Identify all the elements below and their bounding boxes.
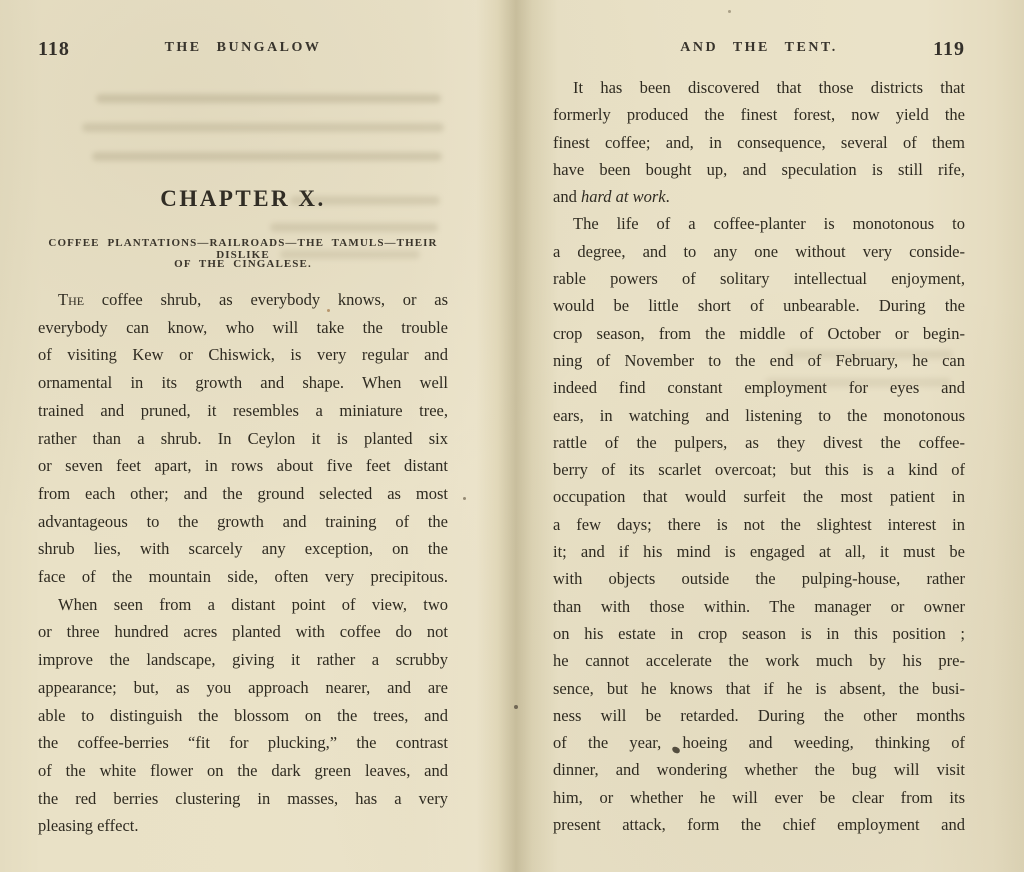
text-line: and hard at work.: [553, 183, 965, 210]
text-line: him, or whether he will ever be clear fr…: [553, 784, 965, 811]
ink-speck: [514, 705, 518, 709]
text-line: the coffee-berries “fit for plucking,” t…: [38, 729, 448, 757]
text-line: improve the landscape, giving it rather …: [38, 646, 448, 674]
chapter-subtitle-line2: OF THE CINGALESE.: [26, 258, 460, 270]
text-line: crop season, from the middle of October …: [553, 320, 965, 347]
text-line: the red berries clustering in masses, ha…: [38, 785, 448, 813]
text-line: ears, in watching and listening to the m…: [553, 402, 965, 429]
text-line: rather than a shrub. In Ceylon it is pla…: [38, 425, 448, 453]
text-line: or three hundred acres planted with coff…: [38, 618, 448, 646]
text-line: occupation that would surfeit the most p…: [553, 483, 965, 510]
text-line: or seven feet apart, in rows about five …: [38, 452, 448, 480]
text-line: ornamental in its growth and shape. When…: [38, 369, 448, 397]
text-line: everybody can know, who will take the tr…: [38, 314, 448, 342]
text-line: formerly produced the finest forest, now…: [553, 101, 965, 128]
text-line: have been bought up, and speculation is …: [553, 156, 965, 183]
text-line: would be little short of unbearable. Dur…: [553, 292, 965, 319]
text-line: indeed find constant employment for eyes…: [553, 374, 965, 401]
text-line: shrub lies, with scarcely any exception,…: [38, 535, 448, 563]
text-line: a few days; there is not the slightest i…: [553, 511, 965, 538]
text-line: than with those within. The manager or o…: [553, 593, 965, 620]
text-line: pleasing effect.: [38, 812, 448, 840]
text-line: dinner, and wondering whether the bug wi…: [553, 756, 965, 783]
left-page: 118 THE BUNGALOW CHAPTER X. COFFEE PLANT…: [38, 0, 448, 872]
chapter-heading: CHAPTER X.: [38, 186, 448, 212]
text-line: rattle of the pulpers, as they divest th…: [553, 429, 965, 456]
text-line: ness will be retarded. During the other …: [553, 702, 965, 729]
text-line: ning of November to the end of February,…: [553, 347, 965, 374]
text-line: it; and if his mind is engaged at all, i…: [553, 538, 965, 565]
text-line: with objects outside the pulping-house, …: [553, 565, 965, 592]
right-page-body: It has been discovered that those distri…: [553, 74, 965, 838]
ink-speck: [327, 309, 330, 312]
text-line: finest coffee; and, in consequence, seve…: [553, 129, 965, 156]
left-page-body: The coffee shrub, as everybody knows, or…: [38, 286, 448, 840]
text-line: face of the mountain side, often very pr…: [38, 563, 448, 591]
text-line: It has been discovered that those distri…: [553, 74, 965, 101]
text-line: he cannot accelerate the work much by hi…: [553, 647, 965, 674]
right-page: AND THE TENT. 119 It has been discovered…: [553, 0, 965, 872]
running-header-left: THE BUNGALOW: [38, 40, 448, 56]
text-line: The coffee shrub, as everybody knows, or…: [38, 286, 448, 314]
left-page-header: 118 THE BUNGALOW: [38, 40, 448, 60]
text-line: advantageous to the growth and training …: [38, 508, 448, 536]
text-line: rable powers of solitary intellectual en…: [553, 265, 965, 292]
text-line: on his estate in crop season is in this …: [553, 620, 965, 647]
text-line: able to distinguish the blossom on the t…: [38, 702, 448, 730]
text-line: When seen from a distant point of view, …: [38, 591, 448, 619]
text-line: berry of its scarlet overcoat; but this …: [553, 456, 965, 483]
text-line: from each other; and the ground selected…: [38, 480, 448, 508]
bleed-through-ghost: [92, 152, 442, 161]
running-header-right: AND THE TENT.: [553, 40, 965, 56]
book-spread: 118 THE BUNGALOW CHAPTER X. COFFEE PLANT…: [0, 0, 1024, 872]
bleed-through-ghost: [96, 94, 441, 103]
bleed-through-ghost: [82, 123, 444, 132]
text-line: a degree, and to any one without very co…: [553, 238, 965, 265]
text-line: present attack, form the chief employmen…: [553, 811, 965, 838]
text-line: of the white flower on the dark green le…: [38, 757, 448, 785]
text-line: The life of a coffee-planter is monotono…: [553, 210, 965, 237]
text-line: appearance; but, as you approach nearer,…: [38, 674, 448, 702]
ink-speck: [463, 497, 466, 500]
bleed-through-ghost: [270, 223, 438, 232]
ink-speck: [728, 10, 731, 13]
page-number-right: 119: [933, 38, 965, 61]
text-line: trained and pruned, it resembles a minia…: [38, 397, 448, 425]
text-line: sence, but he knows that if he is absent…: [553, 675, 965, 702]
text-line: of visiting Kew or Chiswick, is very reg…: [38, 341, 448, 369]
right-page-header: AND THE TENT. 119: [553, 40, 965, 60]
text-line: of the year, hoeing and weeding, thinkin…: [553, 729, 965, 756]
